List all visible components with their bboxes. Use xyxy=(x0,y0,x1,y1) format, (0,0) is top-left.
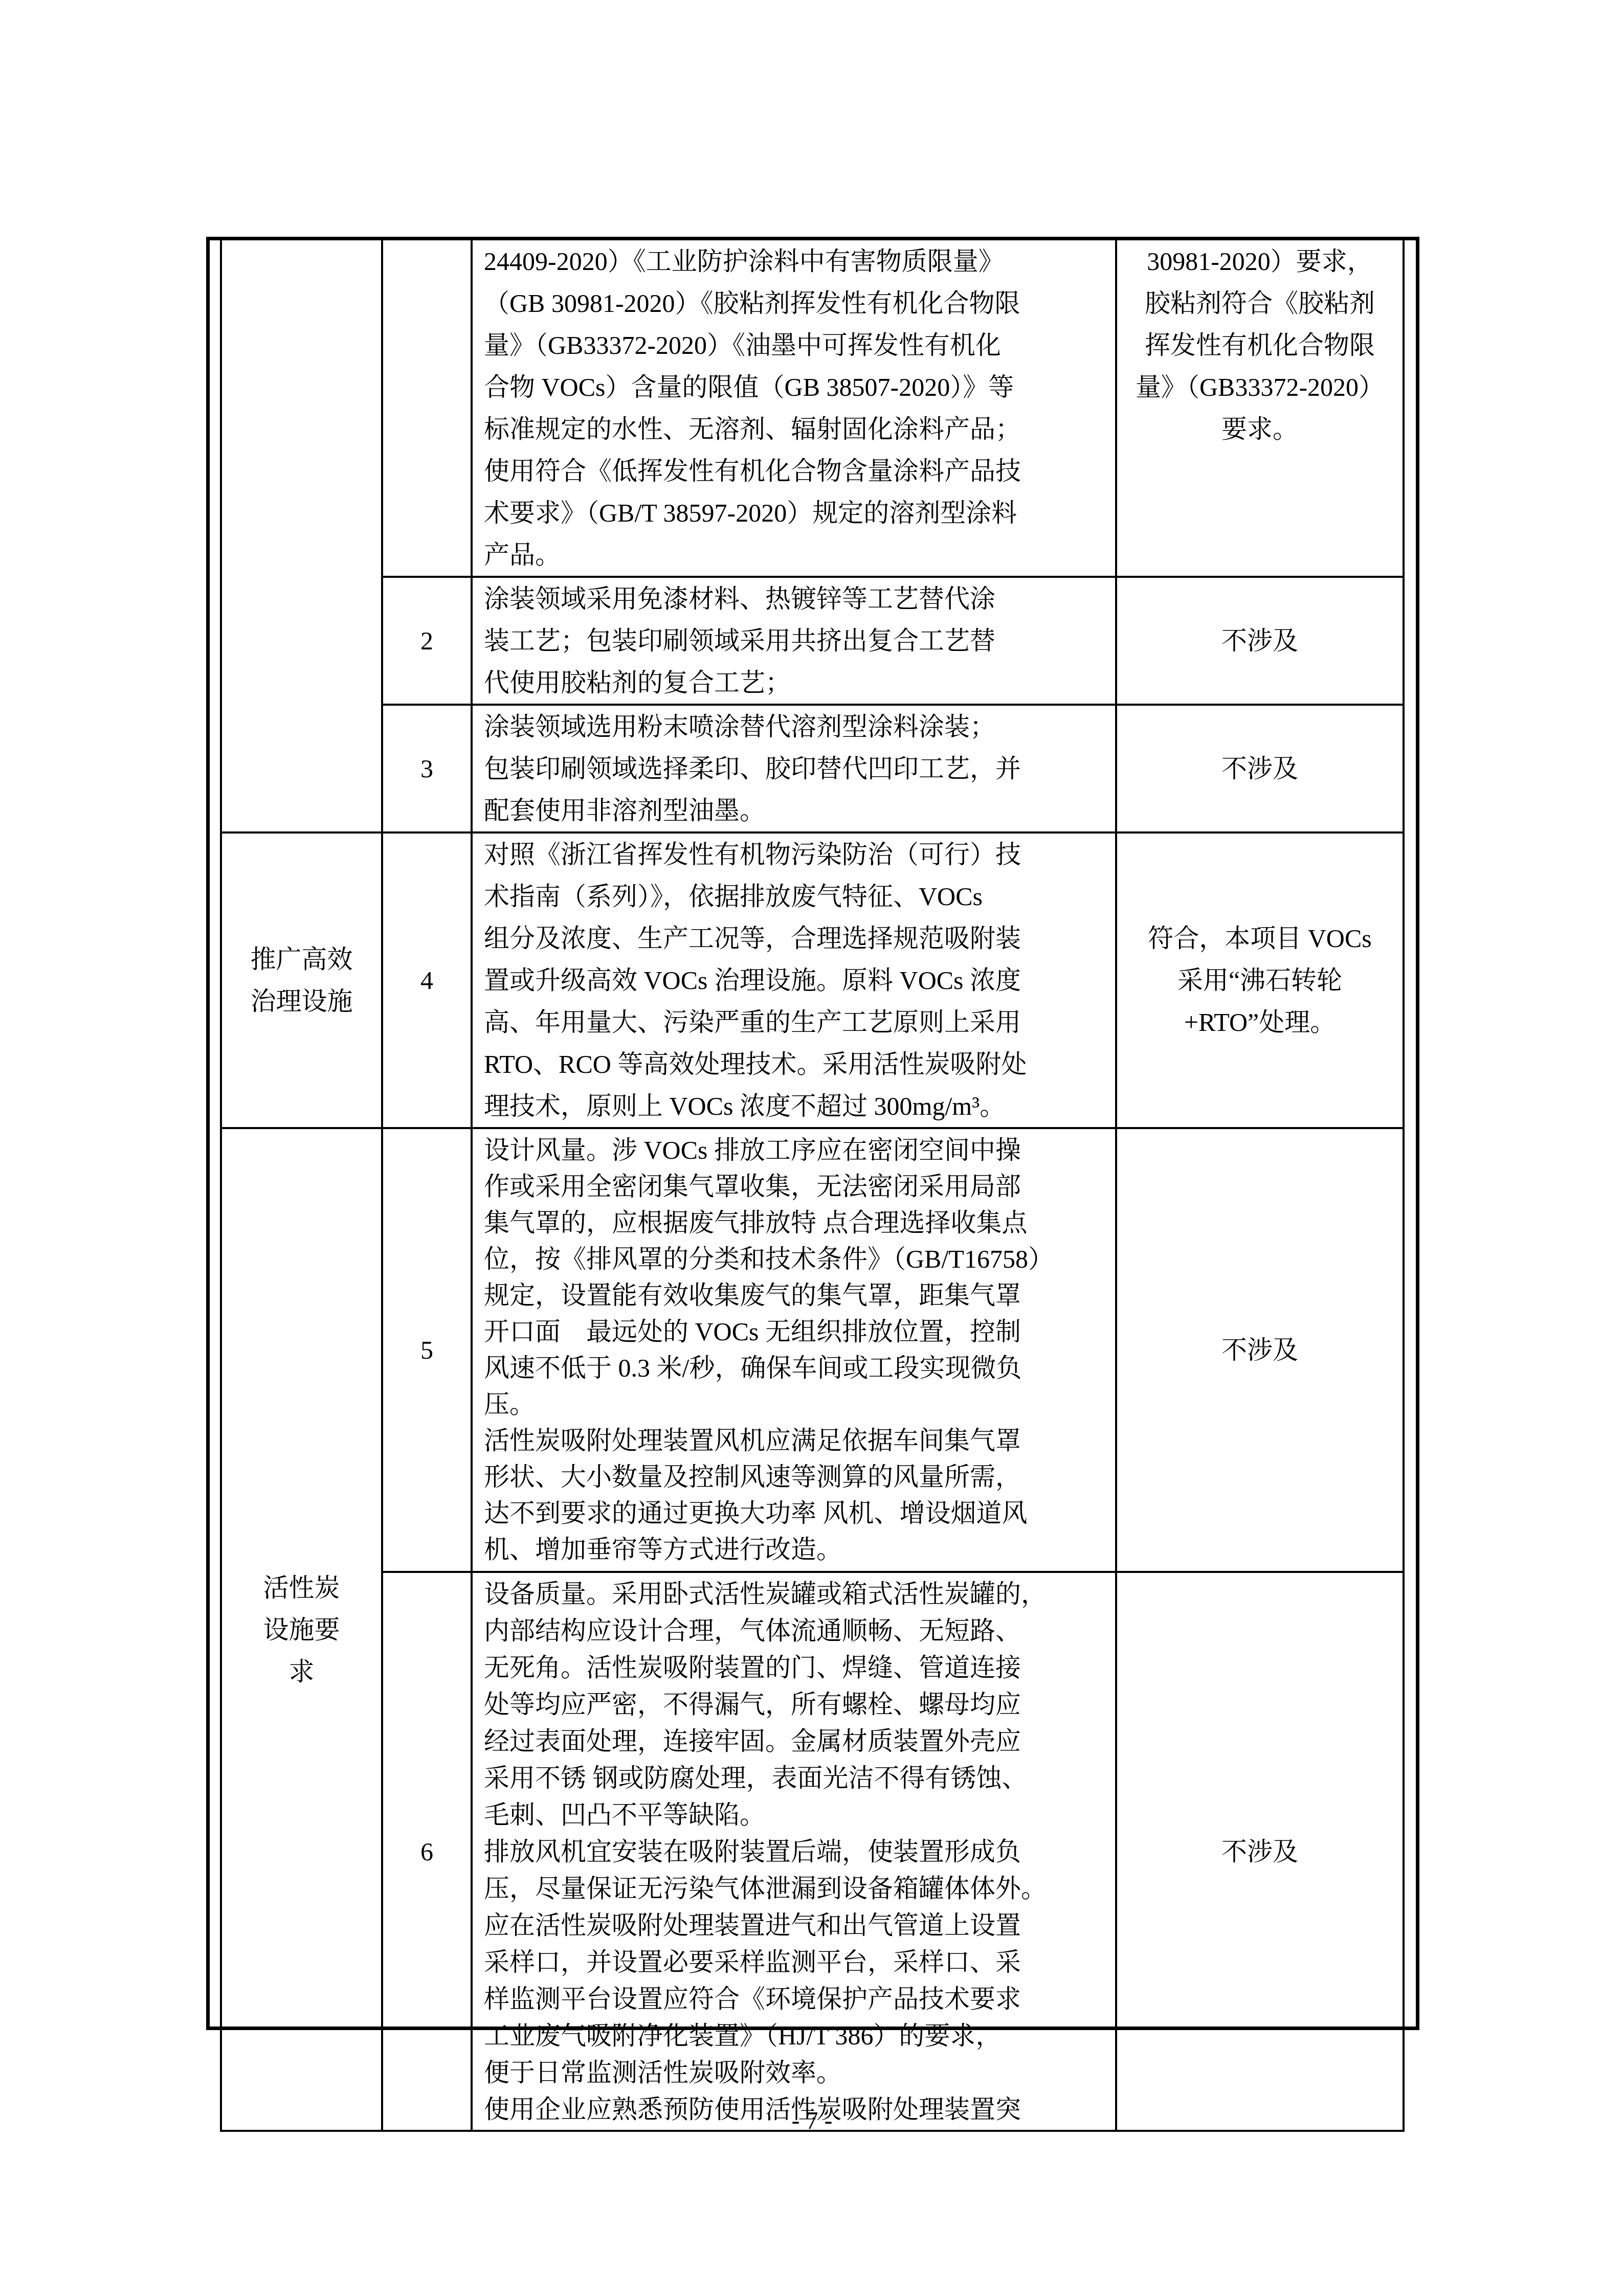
requirement-line: 位，按《排风罩的分类和技术条件》（GB/T16758） xyxy=(484,1241,1104,1277)
requirement-line: 形状、大小数量及控制风速等测算的风量所需， xyxy=(484,1459,1104,1495)
requirement-cell: 设计风量。涉 VOCs 排放工序应在密闭空间中操 作或采用全密闭集气罩收集，无法… xyxy=(472,1128,1116,1572)
result-line: +RTO”处理。 xyxy=(1128,1001,1391,1043)
requirement-line: 经过表面处理，连接牢固。金属材质装置外壳应 xyxy=(484,1723,1104,1760)
category-cell xyxy=(221,577,382,705)
requirement-line: 置或升级高效 VOCs 治理设施。原料 VOCs 浓度 xyxy=(484,959,1104,1001)
requirement-line: 量》（GB33372-2020）《油墨中可挥发性有机化 xyxy=(484,324,1104,366)
table-row: 活性炭 设施要 求 5 设计风量。涉 VOCs 排放工序应在密闭空间中操 作或采… xyxy=(221,1128,1404,1572)
number-cell xyxy=(382,240,472,577)
result-line: 符合，本项目 VOCs xyxy=(1128,917,1391,959)
category-line: 求 xyxy=(233,1651,370,1693)
requirement-line: 无死角。活性炭吸附装置的门、焊缝、管道连接 xyxy=(484,1649,1104,1686)
requirement-line: 组分及浓度、生产工况等，合理选择规范吸附装 xyxy=(484,917,1104,959)
result-cell: 符合，本项目 VOCs 采用“沸石转轮 +RTO”处理。 xyxy=(1116,832,1404,1128)
requirement-line: 应在活性炭吸附处理装置进气和出气管道上设置 xyxy=(484,1907,1104,1944)
page-number: - 7 - xyxy=(0,2106,1624,2136)
requirement-line: 规定，设置能有效收集废气的集气罩，距集气罩 xyxy=(484,1277,1104,1314)
requirement-line: 风速不低于 0.3 米/秒，确保车间或工段实现微负 xyxy=(484,1350,1104,1386)
compliance-table: 24409-2020）《工业防护涂料中有害物质限量》 （GB 30981-202… xyxy=(220,240,1405,2132)
number-cell: 5 xyxy=(382,1128,472,1572)
result-cell: 不涉及 xyxy=(1116,705,1404,832)
requirement-line: （GB 30981-2020）《胶粘剂挥发性有机化合物限 xyxy=(484,282,1104,324)
requirement-cell: 设备质量。采用卧式活性炭罐或箱式活性炭罐的， 内部结构应设计合理，气体流通顺畅、… xyxy=(472,1572,1116,2131)
category-cell: 推广高效 治理设施 xyxy=(221,832,382,1128)
requirement-line: 装工艺；包装印刷领域采用共挤出复合工艺替 xyxy=(484,620,1104,662)
table-row: 6 设备质量。采用卧式活性炭罐或箱式活性炭罐的， 内部结构应设计合理，气体流通顺… xyxy=(221,1572,1404,2131)
requirement-line: 标准规定的水性、无溶剂、辐射固化涂料产品； xyxy=(484,408,1104,450)
requirement-line: 压。 xyxy=(484,1386,1104,1423)
table-row: 2 涂装领域采用免漆材料、热镀锌等工艺替代涂 装工艺；包装印刷领域采用共挤出复合… xyxy=(221,577,1404,705)
requirement-line: 术指南（系列）》，依据排放废气特征、VOCs xyxy=(484,875,1104,917)
result-line: 挥发性有机化合物限 xyxy=(1128,324,1391,366)
requirement-line: 机、增加垂帘等方式进行改造。 xyxy=(484,1532,1104,1568)
requirement-line: 内部结构应设计合理，气体流通顺畅、无短路、 xyxy=(484,1612,1104,1649)
requirement-line: 理技术，原则上 VOCs 浓度不超过 300mg/m³。 xyxy=(484,1085,1104,1127)
requirement-line: 采用不锈 钢或防腐处理，表面光洁不得有锈蚀、 xyxy=(484,1760,1104,1796)
result-line: 量》（GB33372-2020） xyxy=(1128,366,1391,408)
result-line: 30981-2020）要求， xyxy=(1128,240,1391,282)
requirement-line: RTO、RCO 等高效处理技术。采用活性炭吸附处 xyxy=(484,1043,1104,1085)
number-cell: 2 xyxy=(382,577,472,705)
number-cell: 3 xyxy=(382,705,472,832)
table-row: 推广高效 治理设施 4 对照《浙江省挥发性有机物污染防治（可行）技 术指南（系列… xyxy=(221,832,1404,1128)
requirement-cell: 对照《浙江省挥发性有机物污染防治（可行）技 术指南（系列）》，依据排放废气特征、… xyxy=(472,832,1116,1128)
requirement-line: 设备质量。采用卧式活性炭罐或箱式活性炭罐的， xyxy=(484,1575,1104,1612)
category-line: 活性炭 xyxy=(233,1567,370,1609)
result-line: 不涉及 xyxy=(1128,748,1391,790)
category-cell xyxy=(221,705,382,832)
result-line: 胶粘剂符合《胶粘剂 xyxy=(1128,282,1391,324)
requirement-line: 涂装领域采用免漆材料、热镀锌等工艺替代涂 xyxy=(484,578,1104,620)
requirement-line: 24409-2020）《工业防护涂料中有害物质限量》 xyxy=(484,240,1104,282)
table-row: 24409-2020）《工业防护涂料中有害物质限量》 （GB 30981-202… xyxy=(221,240,1404,577)
requirement-line: 开口面 最远处的 VOCs 无组织排放位置，控制 xyxy=(484,1314,1104,1350)
category-line: 设施要 xyxy=(233,1609,370,1651)
requirement-line: 使用符合《低挥发性有机化合物含量涂料产品技 xyxy=(484,450,1104,492)
result-cell: 不涉及 xyxy=(1116,577,1404,705)
requirement-line: 配套使用非溶剂型油墨。 xyxy=(484,790,1104,831)
result-cell: 不涉及 xyxy=(1116,1572,1404,2131)
result-line: 不涉及 xyxy=(1128,1329,1391,1371)
category-cell xyxy=(221,240,382,577)
requirement-line: 代使用胶粘剂的复合工艺； xyxy=(484,662,1104,704)
requirement-cell: 涂装领域选用粉末喷涂替代溶剂型涂料涂装； 包装印刷领域选择柔印、胶印替代凹印工艺… xyxy=(472,705,1116,832)
requirement-line: 压，尽量保证无污染气体泄漏到设备箱罐体体外。 xyxy=(484,1870,1104,1907)
requirement-line: 工业废气吸附净化装置》（HJ/T 386）的要求， xyxy=(484,2017,1104,2054)
requirement-line: 排放风机宜安装在吸附装置后端，使装置形成负 xyxy=(484,1833,1104,1870)
result-cell: 30981-2020）要求， 胶粘剂符合《胶粘剂 挥发性有机化合物限 量》（GB… xyxy=(1116,240,1404,577)
requirement-line: 对照《浙江省挥发性有机物污染防治（可行）技 xyxy=(484,834,1104,875)
requirement-line: 采样口，并设置必要采样监测平台，采样口、采 xyxy=(484,1944,1104,1980)
category-line: 推广高效 xyxy=(233,938,370,980)
requirement-line: 作或采用全密闭集气罩收集，无法密闭采用局部 xyxy=(484,1168,1104,1205)
requirement-cell: 涂装领域采用免漆材料、热镀锌等工艺替代涂 装工艺；包装印刷领域采用共挤出复合工艺… xyxy=(472,577,1116,705)
requirement-line: 样监测平台设置应符合《环境保护产品技术要求 xyxy=(484,1980,1104,2017)
number-cell: 6 xyxy=(382,1572,472,2131)
result-line: 不涉及 xyxy=(1128,620,1391,662)
category-line: 治理设施 xyxy=(233,980,370,1022)
requirement-line: 包装印刷领域选择柔印、胶印替代凹印工艺，并 xyxy=(484,748,1104,790)
result-line: 要求。 xyxy=(1128,408,1391,450)
requirement-line: 处等均应严密，不得漏气，所有螺栓、螺母均应 xyxy=(484,1686,1104,1723)
requirement-line: 设计风量。涉 VOCs 排放工序应在密闭空间中操 xyxy=(484,1132,1104,1168)
number-cell: 4 xyxy=(382,832,472,1128)
requirement-line: 毛刺、凹凸不平等缺陷。 xyxy=(484,1796,1104,1833)
requirement-line: 产品。 xyxy=(484,534,1104,576)
table-row: 3 涂装领域选用粉末喷涂替代溶剂型涂料涂装； 包装印刷领域选择柔印、胶印替代凹印… xyxy=(221,705,1404,832)
result-line: 采用“沸石转轮 xyxy=(1128,959,1391,1001)
requirement-cell: 24409-2020）《工业防护涂料中有害物质限量》 （GB 30981-202… xyxy=(472,240,1116,577)
requirement-line: 集气罩的，应根据废气排放特 点合理选择收集点 xyxy=(484,1205,1104,1241)
category-cell: 活性炭 设施要 求 xyxy=(221,1128,382,2131)
requirement-line: 高、年用量大、污染严重的生产工艺原则上采用 xyxy=(484,1001,1104,1043)
requirement-line: 合物 VOCs）含量的限值（GB 38507-2020）》等 xyxy=(484,366,1104,408)
requirement-line: 涂装领域选用粉末喷涂替代溶剂型涂料涂装； xyxy=(484,706,1104,748)
requirement-line: 达不到要求的通过更换大功率 风机、增设烟道风 xyxy=(484,1495,1104,1532)
result-line: 不涉及 xyxy=(1128,1831,1391,1873)
requirement-line: 便于日常监测活性炭吸附效率。 xyxy=(484,2054,1104,2091)
result-cell: 不涉及 xyxy=(1116,1128,1404,1572)
requirement-line: 活性炭吸附处理装置风机应满足依据车间集气罩 xyxy=(484,1423,1104,1459)
requirement-line: 术要求》（GB/T 38597-2020）规定的溶剂型涂料 xyxy=(484,492,1104,534)
